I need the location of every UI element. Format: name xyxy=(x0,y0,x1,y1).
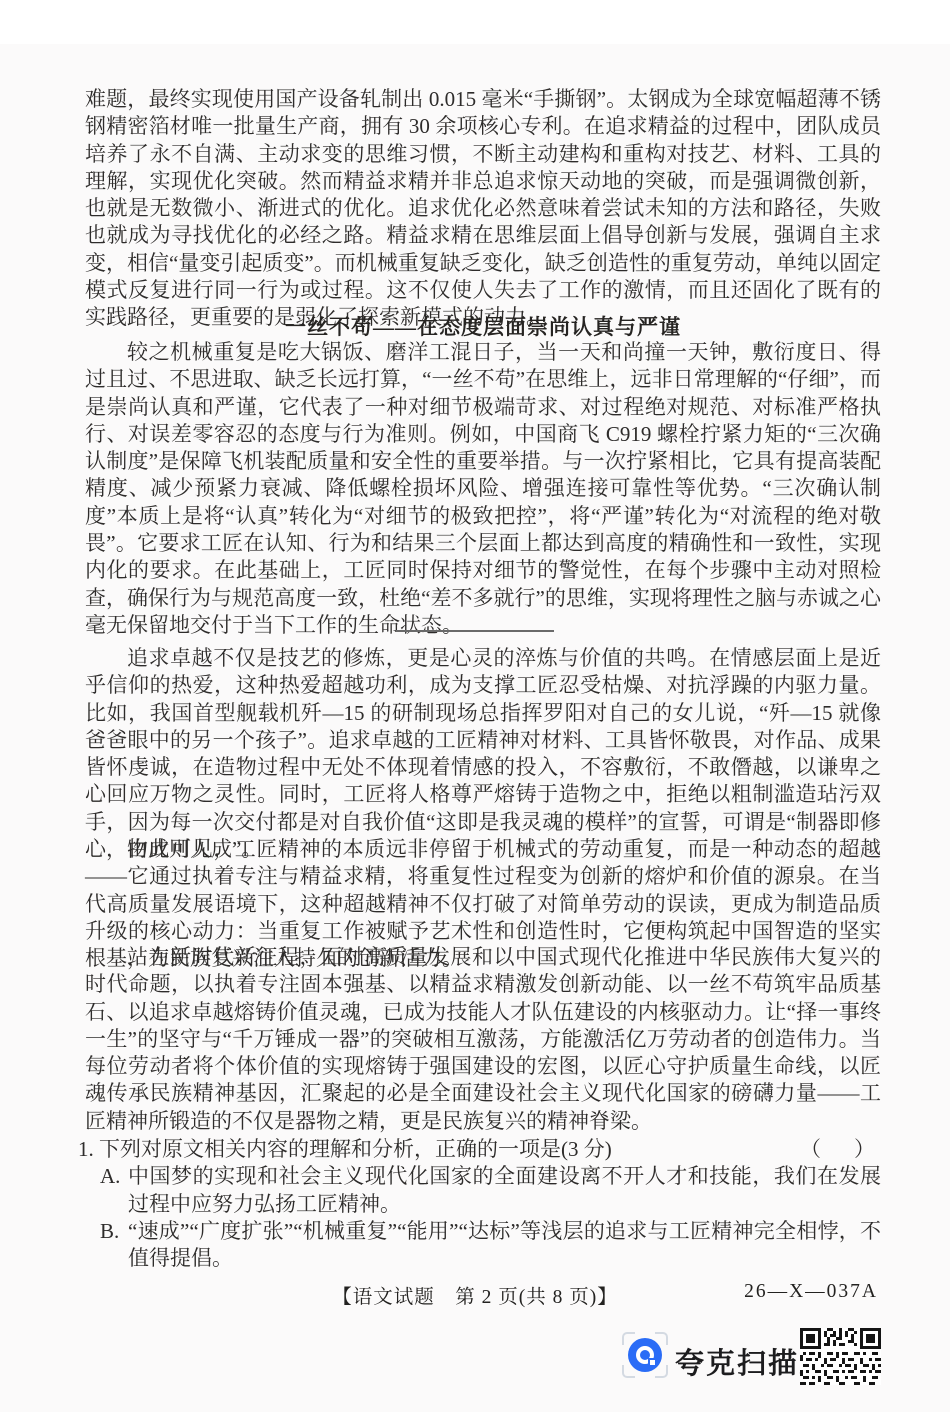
option-b-label: B. xyxy=(100,1218,119,1245)
body-paragraph-3: 追求卓越不仅是技艺的修炼，更是心灵的淬炼与价值的共鸣。在情感层面上是近乎信仰的热… xyxy=(85,645,881,863)
option-b: B. “速成”“广度扩张”“机械重复”“能用”“达标”等浅层的追求与工匠精神完全… xyxy=(78,1218,881,1273)
question-1: 1. 下列对原文相关内容的理解和分析，正确的一项是(3 分) （ ） A. 中国… xyxy=(78,1136,881,1272)
answer-brackets: （ ） xyxy=(800,1136,881,1163)
option-a-label: A. xyxy=(100,1163,120,1190)
question-stem: 1. 下列对原文相关内容的理解和分析，正确的一项是(3 分) （ ） xyxy=(78,1136,881,1163)
scan-frame-icon xyxy=(622,1332,668,1378)
option-b-text: “速成”“广度扩张”“机械重复”“能用”“达标”等浅层的追求与工匠精神完全相悖，… xyxy=(128,1219,881,1270)
question-number: 1. xyxy=(78,1136,94,1163)
footer-paper-code: 26—X—037A xyxy=(744,1281,878,1303)
section-heading: 一丝不苟——在态度层面崇尚认真与严谨 xyxy=(85,311,881,341)
quark-logo-icon xyxy=(628,1338,662,1372)
body-paragraph-1: 难题，最终实现使用国产设备轧制出 0.015 毫米“手撕钢”。太钢成为全球宽幅超… xyxy=(85,86,881,332)
question-stem-text: 下列对原文相关内容的理解和分析，正确的一项是(3 分) xyxy=(99,1137,612,1161)
option-a: A. 中国梦的实现和社会主义现代化国家的全面建设离不开人才和技能，我们在发展过程… xyxy=(78,1163,881,1218)
scanned-exam-page: 难题，最终实现使用国产设备轧制出 0.015 毫米“手撕钢”。太钢成为全球宽幅超… xyxy=(0,0,950,1418)
qr-code-icon xyxy=(800,1328,881,1390)
body-paragraph-5: 站在新时代新征程，面对高质量发展和以中国式现代化推进中华民族伟大复兴的时代命题，… xyxy=(85,944,881,1135)
option-a-text: 中国梦的实现和社会主义现代化国家的全面建设离不开人才和技能，我们在发展过程中应努… xyxy=(128,1164,881,1215)
body-paragraph-2: 较之机械重复是吃大锅饭、磨洋工混日子，当一天和尚撞一天钟，敷衍度日、得过且过、不… xyxy=(85,339,881,639)
blank-heading-line xyxy=(396,630,554,632)
